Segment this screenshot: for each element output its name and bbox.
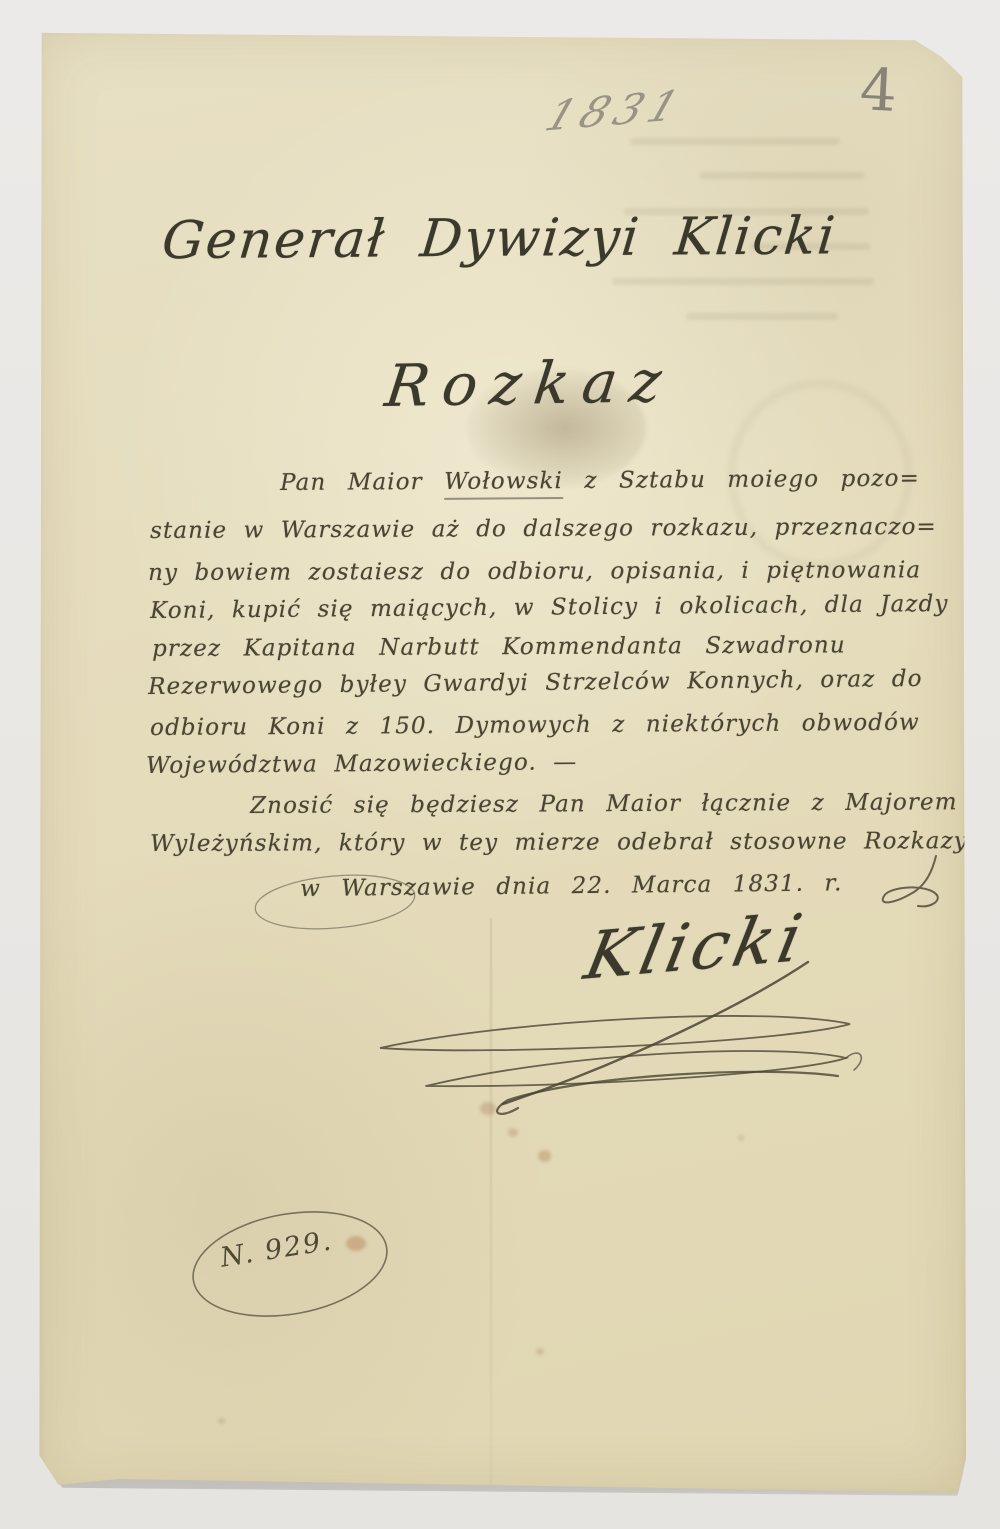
body-line: ny bowiem zostaiesz do odbioru, opisania… bbox=[148, 557, 921, 586]
verso-showthrough bbox=[700, 172, 865, 179]
body-line-text: z Sztabu moiego pozo= bbox=[563, 466, 920, 494]
foxing-spot bbox=[536, 1348, 544, 1355]
paragraph-end-flourish bbox=[874, 850, 964, 930]
body-line: odbioru Koni z 150. Dymowych z niektóryc… bbox=[150, 710, 920, 741]
body-line: stanie w Warszawie aż do dalszego rozkaz… bbox=[150, 514, 937, 544]
dateline: w Warszawie dnia 22. Marca 1831. r. bbox=[300, 870, 843, 902]
body-line: Wyleżyńskim, który w tey mierze odebrał … bbox=[150, 828, 973, 857]
order-title: Rozkaz bbox=[382, 347, 678, 420]
verso-showthrough bbox=[630, 138, 840, 145]
scanned-document-photo: 1831 4 Generał Dywizyi Klicki Rozkaz Pan… bbox=[0, 0, 1000, 1529]
body-line: Rezerwowego byłey Gwardyi Strzelców Konn… bbox=[148, 666, 923, 700]
verso-showthrough bbox=[686, 313, 838, 320]
registry-number-oval: N. 929. bbox=[178, 1198, 398, 1328]
document-paper: 1831 4 Generał Dywizyi Klicki Rozkaz Pan… bbox=[38, 30, 966, 1495]
body-line: przez Kapitana Narbutt Kommendanta Szwad… bbox=[152, 632, 846, 662]
pencil-year-annotation: 1831 bbox=[539, 80, 692, 140]
pencil-sheet-number: 4 bbox=[858, 55, 898, 125]
body-line: Znosić się będziesz Pan Maior łącznie z … bbox=[250, 789, 958, 819]
foxing-spot bbox=[538, 1150, 551, 1162]
foxing-spot bbox=[218, 1418, 225, 1424]
body-line-text: Pan Maior bbox=[280, 469, 444, 496]
foxing-spot bbox=[738, 1135, 744, 1141]
underlined-name-wolowski: Wołowski bbox=[444, 468, 563, 500]
document-heading: Generał Dywizyi Klicki bbox=[32, 206, 967, 272]
body-line: Koni, kupić się maiących, w Stolicy i ok… bbox=[150, 591, 949, 624]
verso-showthrough bbox=[612, 278, 874, 285]
signature-flourish bbox=[368, 962, 888, 1132]
body-line: Pan Maior Wołowski z Sztabu moiego pozo= bbox=[280, 466, 920, 496]
body-line: Województwa Mazowieckiego. — bbox=[146, 749, 577, 779]
